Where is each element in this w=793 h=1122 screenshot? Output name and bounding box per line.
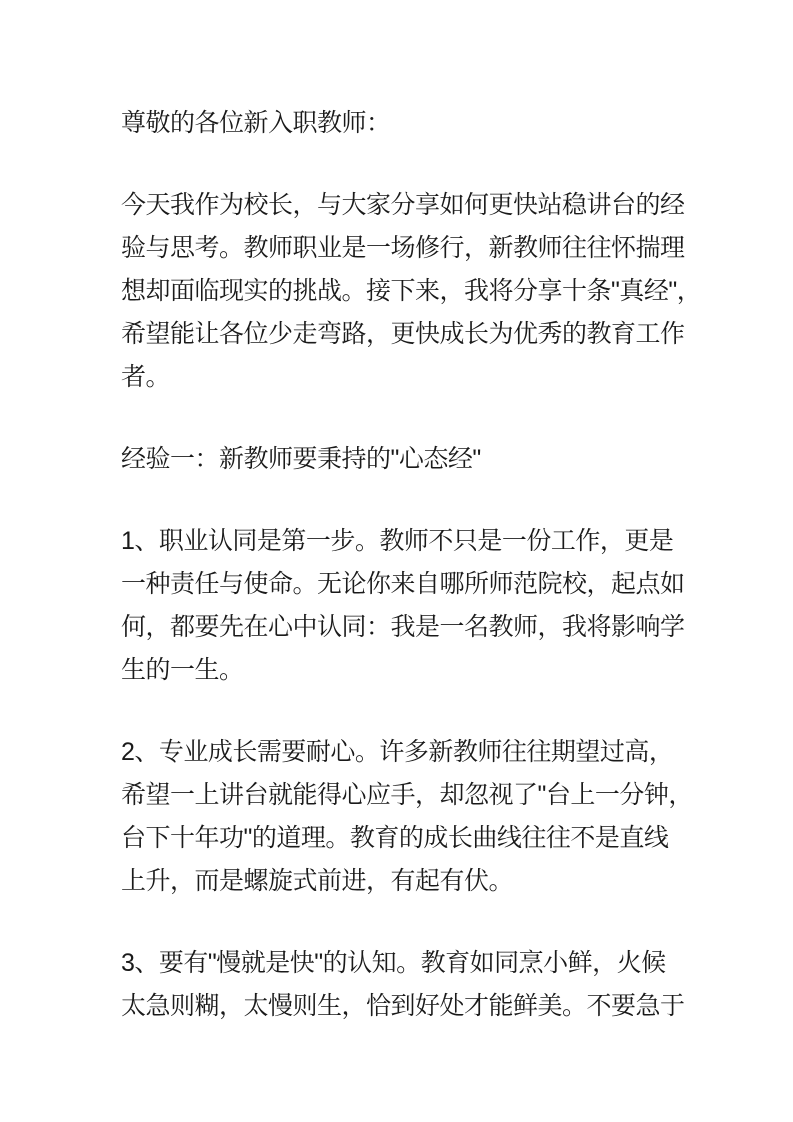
text-line: 上升，而是螺旋式前进，有起有伏。 bbox=[121, 860, 681, 903]
text-line: 验与思考。教师职业是一场修行，新教师往往怀揣理 bbox=[121, 227, 681, 270]
body-paragraph: 今天我作为校长，与大家分享如何更快站稳讲台的经验与思考。教师职业是一场修行，新教… bbox=[121, 184, 681, 399]
text-line: 希望能让各位少走弯路，更快成长为优秀的教育工作 bbox=[121, 313, 681, 356]
text-line: 想却面临现实的挑战。接下来，我将分享十条"真经"， bbox=[121, 270, 681, 313]
text-line: 1、职业认同是第一步。教师不只是一份工作，更是 bbox=[121, 520, 681, 563]
text-line: 台下十年功"的道理。教育的成长曲线往往不是直线 bbox=[121, 817, 681, 860]
text-line: 尊敬的各位新入职教师： bbox=[121, 102, 681, 145]
text-line: 何，都要先在心中认同：我是一名教师，我将影响学 bbox=[121, 606, 681, 649]
section-heading: 经验一：新教师要秉持的"心态经" bbox=[121, 438, 681, 481]
body-paragraph: 2、专业成长需要耐心。许多新教师往往期望过高，希望一上讲台就能得心应手，却忽视了… bbox=[121, 731, 681, 903]
text-line: 者。 bbox=[121, 356, 681, 399]
text-line: 希望一上讲台就能得心应手，却忽视了"台上一分钟， bbox=[121, 774, 681, 817]
text-line: 2、专业成长需要耐心。许多新教师往往期望过高， bbox=[121, 731, 681, 774]
text-line: 生的一生。 bbox=[121, 649, 681, 692]
document-page: 尊敬的各位新入职教师：今天我作为校长，与大家分享如何更快站稳讲台的经验与思考。教… bbox=[0, 0, 793, 1122]
text-line: 3、要有"慢就是快"的认知。教育如同烹小鲜，火候 bbox=[121, 942, 681, 985]
text-line: 今天我作为校长，与大家分享如何更快站稳讲台的经 bbox=[121, 184, 681, 227]
document-content: 尊敬的各位新入职教师：今天我作为校长，与大家分享如何更快站稳讲台的经验与思考。教… bbox=[121, 102, 681, 1067]
text-line: 一种责任与使命。无论你来自哪所师范院校，起点如 bbox=[121, 563, 681, 606]
body-paragraph: 3、要有"慢就是快"的认知。教育如同烹小鲜，火候太急则糊，太慢则生，恰到好处才能… bbox=[121, 942, 681, 1028]
text-line: 经验一：新教师要秉持的"心态经" bbox=[121, 438, 681, 481]
text-line: 太急则糊，太慢则生，恰到好处才能鲜美。不要急于 bbox=[121, 985, 681, 1028]
body-paragraph: 1、职业认同是第一步。教师不只是一份工作，更是一种责任与使命。无论你来自哪所师范… bbox=[121, 520, 681, 692]
salutation-line: 尊敬的各位新入职教师： bbox=[121, 102, 681, 145]
